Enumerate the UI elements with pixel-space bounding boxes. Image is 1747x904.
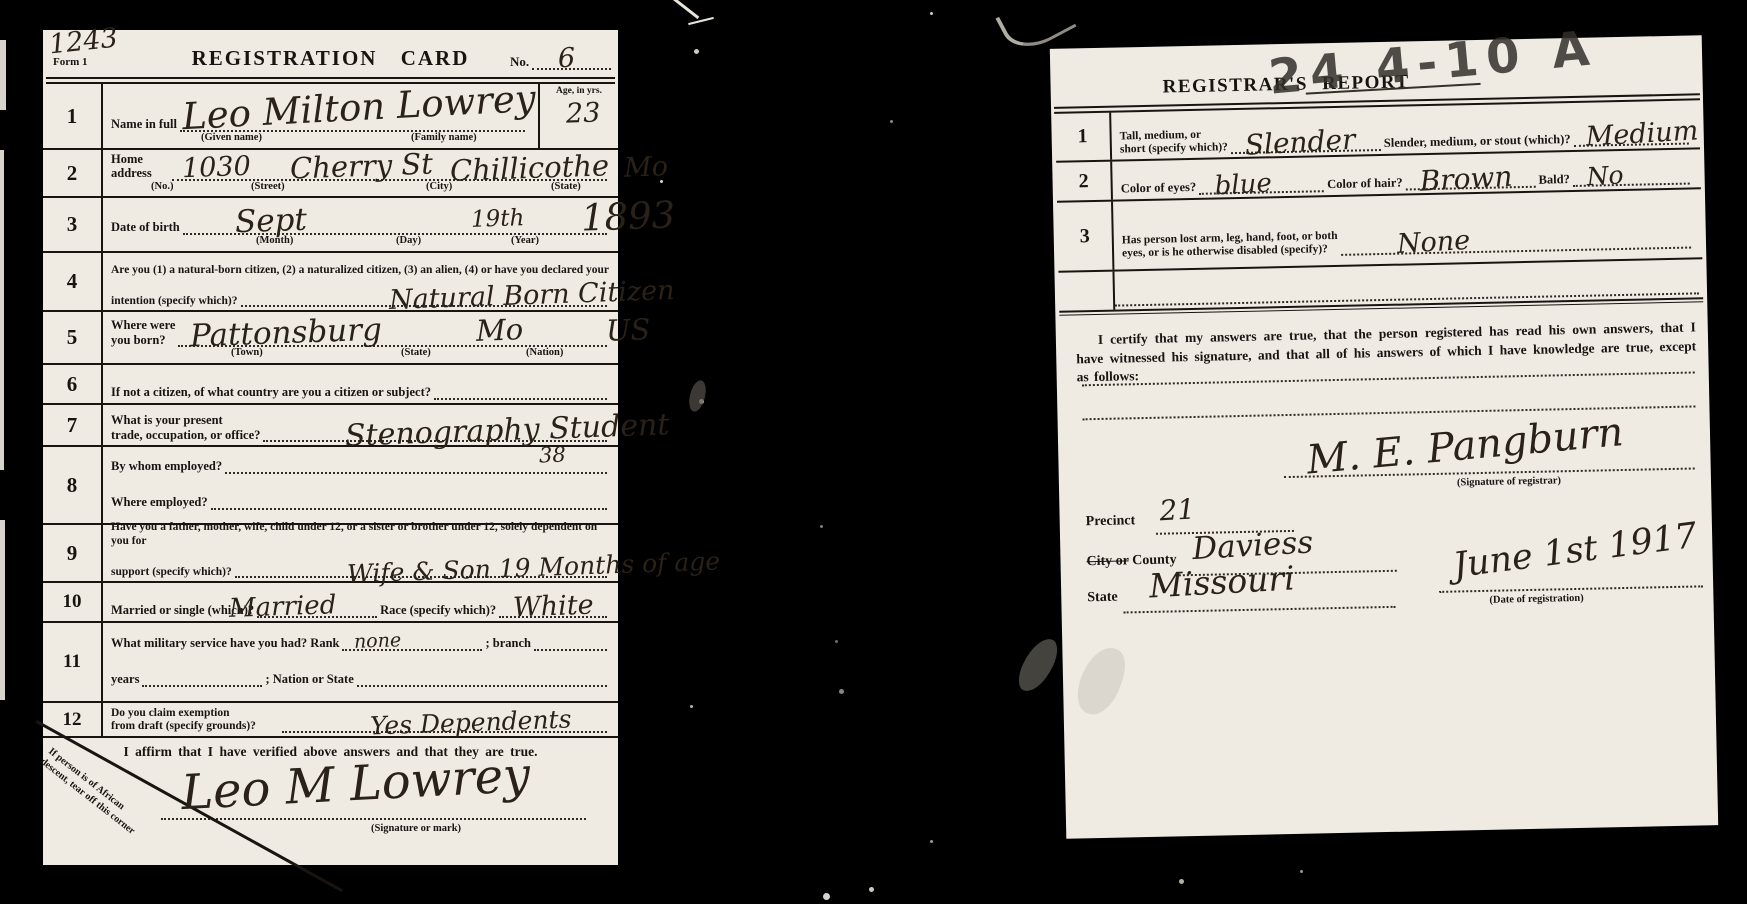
county-label-text: County xyxy=(1132,552,1177,568)
nation-sublabel: (Nation) xyxy=(526,347,563,358)
handwritten-race: White xyxy=(513,592,595,622)
scan-smudge xyxy=(686,379,708,414)
handwritten-birth-nation: US xyxy=(606,315,651,346)
registrars-report-card: REGISTRAR'S REPORT 24 4-10 A 1 Tall, med… xyxy=(1050,35,1718,838)
citizenship-question-line2: intention (specify which)? xyxy=(111,295,238,307)
row-number: 5 xyxy=(43,312,103,363)
year-sublabel: (Year) xyxy=(511,235,539,246)
handwritten-build: Medium xyxy=(1585,117,1699,150)
married-single-label: Married or single (which)? xyxy=(111,603,254,618)
registrant-signature: Leo M Lowrey xyxy=(180,751,531,817)
where-employed-dotted-line xyxy=(211,495,607,510)
by-whom-employed-dotted-line xyxy=(225,459,607,474)
state-dotted-line xyxy=(1124,606,1396,614)
registration-card-header: 1243 Form 1 REGISTRATION CARD No. 6 xyxy=(43,30,618,77)
no-dotted-line: 6 xyxy=(532,56,611,70)
nation-or-state-label: ; Nation or State xyxy=(265,672,353,687)
exceptions-blank-line-2 xyxy=(1083,405,1696,420)
row-employer: 8 38 By whom employed? Where employed? xyxy=(43,445,618,523)
scan-smudge xyxy=(1071,641,1131,720)
affirmation-statement: I affirm that I have verified above answ… xyxy=(43,744,618,760)
bald-dotted-line: No xyxy=(1573,170,1690,187)
handwritten-birth-month: Sept xyxy=(234,205,307,238)
city-or-county-label: City or County xyxy=(1086,552,1176,570)
given-name-sublabel: (Given name) xyxy=(201,132,262,143)
occupation-dotted-line: Stenography Student xyxy=(263,427,607,442)
row-citizenship-content: Are you (1) a natural-born citizen, (2) … xyxy=(103,253,618,310)
row-number-empty xyxy=(1058,272,1115,311)
birthplace-dotted-line: Pattonsburg Mo US xyxy=(178,332,607,347)
row-number: 10 xyxy=(43,583,103,621)
race-label: Race (specify which)? xyxy=(380,603,496,618)
handwritten-citizenship: Natural Born Citizen xyxy=(388,277,674,314)
row-foreign-citizen: 6 If not a citizen, of what country are … xyxy=(43,363,618,403)
row-birthplace: 5 Where wereyou born? Pattonsburg Mo US … xyxy=(43,310,618,363)
row-occupation: 7 What is your presenttrade, occupation,… xyxy=(43,403,618,445)
citizenship-dotted-line: Natural Born Citizen xyxy=(241,292,608,307)
town-sublabel: (Town) xyxy=(231,347,263,358)
county-dotted-line xyxy=(1179,570,1397,577)
hair-color-label: Color of hair? xyxy=(1327,176,1403,193)
citizenship-question-line1: Are you (1) a natural-born citizen, (2) … xyxy=(111,264,610,278)
no-label: No. xyxy=(510,54,529,70)
exemption-label: Do you claim exemptionfrom draft (specif… xyxy=(111,707,279,733)
row-number: 6 xyxy=(43,365,103,403)
handwritten-state: Mo xyxy=(624,153,669,182)
date-of-registration-label: (Date of registration) xyxy=(1489,593,1583,606)
row-disability-content: Has person lost arm, leg, hand, foot, or… xyxy=(1113,189,1702,269)
address-dotted-line: 1030 Cherry St Chillicothe Mo xyxy=(172,166,607,181)
race-dotted-line: White xyxy=(499,603,607,618)
years-dotted-line xyxy=(142,672,262,687)
row-married-race: 10 Married or single (which)? Married Ra… xyxy=(43,581,618,621)
dependents-dotted-line: Wife & Son 19 Months of age xyxy=(235,563,607,578)
registration-card: 1243 Form 1 REGISTRATION CARD No. 6 1 Na… xyxy=(43,30,618,865)
by-whom-employed-label: By whom employed? xyxy=(111,459,222,474)
row-exemption: 12 Do you claim exemptionfrom draft (spe… xyxy=(43,701,618,738)
handwritten-disability: None xyxy=(1396,227,1471,258)
married-dotted-line: Married xyxy=(257,603,377,618)
district-stamp: 24 4-10 A xyxy=(1266,20,1599,106)
hair-color-dotted-line: Brown xyxy=(1405,173,1535,191)
scan-smudge xyxy=(1013,633,1063,697)
registrars-rows: 1 Tall, medium, orshort (specify which)?… xyxy=(1055,100,1703,312)
handwritten-street: Cherry St xyxy=(290,149,434,183)
row-number: 11 xyxy=(43,623,103,701)
row-exemption-content: Do you claim exemptionfrom draft (specif… xyxy=(103,703,618,736)
row-citizenship: 4 Are you (1) a natural-born citizen, (2… xyxy=(43,251,618,310)
rank-dotted-line: none xyxy=(342,636,482,651)
dependents-question-line1: Have you a father, mother, wife, child u… xyxy=(111,521,610,549)
scan-scratch xyxy=(688,17,714,25)
eye-color-dotted-line: blue xyxy=(1199,177,1324,195)
build-dotted-line: Medium xyxy=(1573,130,1688,147)
scan-edge-sliver xyxy=(0,40,6,110)
handwritten-birth-day: 19th xyxy=(470,207,524,232)
row-number: 4 xyxy=(43,253,103,310)
nation-or-state-dotted-line xyxy=(357,672,607,687)
name-dotted-line: Leo Milton Lowrey xyxy=(180,117,525,132)
height-label: Tall, medium, orshort (specify which)? xyxy=(1120,128,1228,157)
foreign-citizen-label: If not a citizen, of what country are yo… xyxy=(111,385,431,400)
row-date-of-birth-content: Date of birth Sept 19th 1893 (Month) (Da… xyxy=(103,198,618,251)
branch-dotted-line xyxy=(534,636,607,651)
day-sublabel: (Day) xyxy=(396,235,421,246)
date-dotted-line xyxy=(1439,585,1703,593)
signature-of-registrar-label: (Signature of registrar) xyxy=(1457,475,1561,488)
handwritten-full-name: Leo Milton Lowrey xyxy=(181,80,536,135)
row-name-content: Name in full Leo Milton Lowrey (Given na… xyxy=(103,84,618,148)
row-number: 8 xyxy=(43,447,103,523)
occupation-label: What is your presenttrade, occupation, o… xyxy=(111,413,260,442)
row-birthplace-content: Where wereyou born? Pattonsburg Mo US (T… xyxy=(103,312,618,363)
home-address-label: Home address xyxy=(111,152,169,181)
row-dependents-content: Have you a father, mother, wife, child u… xyxy=(103,525,618,581)
row-military-service: 11 What military service have you had? R… xyxy=(43,621,618,701)
handwritten-birth-state: Mo xyxy=(476,315,524,346)
military-rank-label: What military service have you had? Rank xyxy=(111,636,339,651)
row-occupation-content: What is your presenttrade, occupation, o… xyxy=(103,405,618,445)
row-number: 9 xyxy=(43,525,103,581)
scan-edge-sliver xyxy=(0,150,4,470)
scanned-draft-registration: { "colors": { "background": "#000000", "… xyxy=(0,0,1747,904)
foreign-citizen-dotted-line xyxy=(434,385,607,400)
handwritten-eye-color: blue xyxy=(1214,170,1272,199)
disability-dotted-line: None xyxy=(1341,234,1691,256)
birth-dotted-line: Sept 19th 1893 xyxy=(183,220,607,235)
row-military-service-content: What military service have you had? Rank… xyxy=(103,623,618,701)
years-label: years xyxy=(111,672,139,687)
handwritten-precinct: 21 xyxy=(1159,495,1196,525)
scan-scratch xyxy=(671,0,700,19)
row-dependents: 9 Have you a father, mother, wife, child… xyxy=(43,523,618,581)
row-married-race-content: Married or single (which)? Married Race … xyxy=(103,583,618,621)
exemption-dotted-line: Yes Dependents xyxy=(282,718,607,733)
height-dotted-line: Slender xyxy=(1231,136,1381,154)
handwritten-height: Slender xyxy=(1244,126,1356,160)
row-foreign-citizen-content: If not a citizen, of what country are yo… xyxy=(103,365,618,403)
handwritten-age: 23 xyxy=(566,99,601,127)
city-or-struck-text: City or xyxy=(1086,553,1128,569)
precinct-label: Precinct xyxy=(1086,513,1136,530)
state-sublabel: (State) xyxy=(401,347,431,358)
row-number: 1 xyxy=(43,84,103,148)
row-home-address: 2 Home address 1030 Cherry St Chillicoth… xyxy=(43,148,618,196)
handwritten-house-number: 1030 xyxy=(182,153,252,182)
no-sublabel: (No.) xyxy=(151,181,173,192)
handwritten-registration-date: June 1st 1917 xyxy=(1451,519,1699,584)
age-cell: Age, in yrs. 23 xyxy=(538,84,618,148)
row-home-address-content: Home address 1030 Cherry St Chillicothe … xyxy=(103,150,618,196)
card-number-field: No. 6 xyxy=(510,54,614,70)
handwritten-hair-color: Brown xyxy=(1419,163,1513,196)
row-name: 1 Name in full Leo Milton Lowrey (Given … xyxy=(43,84,618,148)
registration-rows: 1 Name in full Leo Milton Lowrey (Given … xyxy=(43,84,618,738)
birthplace-label: Where wereyou born? xyxy=(111,318,175,347)
where-employed-label: Where employed? xyxy=(111,495,208,510)
signature-or-mark-label: (Signature or mark) xyxy=(371,823,461,834)
bald-label: Bald? xyxy=(1538,172,1570,188)
handwritten-birth-year: 1893 xyxy=(580,196,675,236)
precinct-dotted-line xyxy=(1156,530,1294,535)
double-rule xyxy=(46,77,615,84)
state-label: State xyxy=(1087,590,1118,607)
branch-label: ; branch xyxy=(485,636,531,651)
handwritten-rank: none xyxy=(354,631,402,652)
row-date-of-birth: 3 Date of birth Sept 19th 1893 (Month) (… xyxy=(43,196,618,251)
disability-label: Has person lost arm, leg, hand, foot, or… xyxy=(1122,229,1338,260)
row-number: 1 xyxy=(1055,113,1112,161)
row-number: 3 xyxy=(1057,202,1114,271)
family-name-sublabel: (Family name) xyxy=(411,132,477,143)
date-of-birth-label: Date of birth xyxy=(111,220,180,235)
row-number: 2 xyxy=(43,150,103,196)
signature-dotted-line xyxy=(161,818,586,820)
scan-edge-sliver xyxy=(0,520,5,700)
row-disability: 3 Has person lost arm, leg, hand, foot, … xyxy=(1057,187,1702,270)
row-number: 7 xyxy=(43,405,103,445)
dependents-question-line2: support (specify which)? xyxy=(111,566,232,578)
eye-color-label: Color of eyes? xyxy=(1121,180,1197,197)
handwritten-bald: No xyxy=(1586,162,1624,189)
scan-speckles xyxy=(660,180,663,183)
row-number: 3 xyxy=(43,198,103,251)
state-sublabel: (State) xyxy=(551,181,581,192)
name-label: Name in full xyxy=(111,117,177,132)
build-label: Slender, medium, or stout (which)? xyxy=(1384,132,1571,151)
row-employer-content: 38 By whom employed? Where employed? xyxy=(103,447,618,523)
street-sublabel: (Street) xyxy=(251,181,285,192)
age-label: Age, in yrs. xyxy=(556,86,602,96)
handwritten-exemption: Yes Dependents xyxy=(370,706,572,738)
row-number: 2 xyxy=(1056,162,1113,201)
city-sublabel: (City) xyxy=(426,181,452,192)
month-sublabel: (Month) xyxy=(256,235,293,246)
handwritten-dependents: Wife & Son 19 Months of age xyxy=(346,548,720,586)
